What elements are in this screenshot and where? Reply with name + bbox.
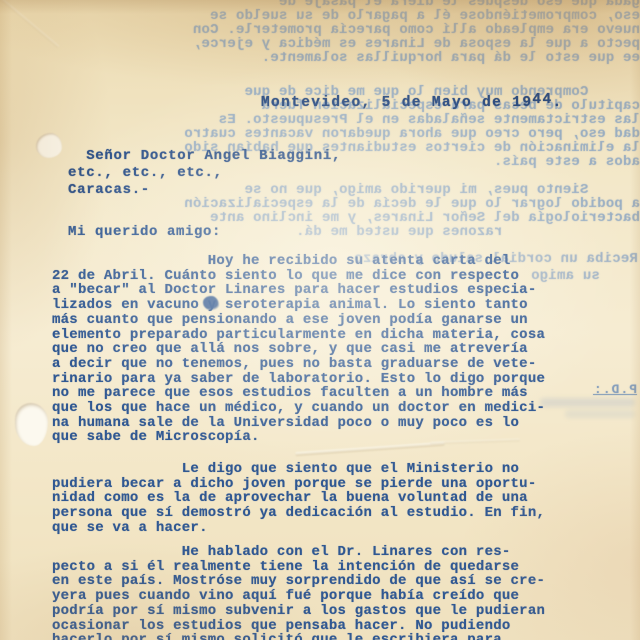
text-line: a decir que no tenemos, pues no basta gr… bbox=[52, 357, 545, 372]
paragraph-2: Le digo que siento que el Ministerio nop… bbox=[52, 462, 545, 536]
paragraph-3: He hablado con el Dr. Linares con res-pe… bbox=[52, 545, 545, 640]
text-line: elemento preparado particularmente en di… bbox=[52, 328, 545, 343]
text-line: dad eso, pero creo que ahora quedaron va… bbox=[0, 127, 640, 141]
text-line: ee que esto le dá para horquillas solame… bbox=[0, 51, 640, 65]
text-line: las estrictamente señaladas en el Presup… bbox=[0, 113, 640, 127]
text-line: que se va a hacer. bbox=[52, 521, 545, 536]
text-line: nidad como es la de aprovechar la buena … bbox=[52, 491, 545, 506]
text-line: etc., etc., etc., bbox=[68, 165, 341, 182]
text-line: persona que sí demostró ya dedicación al… bbox=[52, 506, 545, 521]
text-line: yera pues cuando vino aquí fué porque ha… bbox=[52, 589, 545, 604]
dateline-period: . bbox=[553, 95, 563, 111]
text-line: pecto a que la esposa de Linares es médi… bbox=[0, 37, 640, 51]
text-line: que los que hace un médico, y cuando un … bbox=[52, 401, 545, 416]
text-line: eso, comprometiéndose él a pagarlo de su… bbox=[0, 9, 640, 23]
text-line: Señor Doctor Angel Biaggini, bbox=[68, 148, 341, 165]
dateline-text: Montevideo, 5 de Mayo de 19 bbox=[261, 95, 532, 111]
text-line: que no creo que allá nos sobre, y que ca… bbox=[52, 342, 545, 357]
text-line: más cuanto que pensionando a ese joven p… bbox=[52, 313, 545, 328]
punch-hole-top bbox=[36, 133, 62, 158]
text-line: hacerlo por sí mismo solicitó que le esc… bbox=[52, 633, 545, 640]
text-line: Hoy he recibido su atenta carta del bbox=[52, 254, 545, 269]
bleedthrough-postscript-label: P.D.: bbox=[593, 383, 637, 397]
text-line: He hablado con el Dr. Linares con res- bbox=[52, 545, 545, 560]
text-line: lizados en vacuno y seroterapia animal. … bbox=[52, 298, 545, 313]
punch-hole-bottom bbox=[15, 403, 48, 446]
text-line: Caracas.- bbox=[68, 182, 341, 199]
bleedthrough-smudge bbox=[540, 398, 635, 407]
text-line: bacteriología del Señor Linares, y me in… bbox=[0, 211, 640, 225]
text-line: nuevo era empleado allí como parecía pro… bbox=[0, 23, 640, 37]
text-line: en este país. Mostróse muy sorprendido d… bbox=[52, 574, 545, 589]
text-line: a podido lograr lo que le decía de la es… bbox=[0, 197, 640, 211]
text-line: no me parece que esos estudios faculten … bbox=[52, 386, 545, 401]
recipient-address-block: Señor Doctor Angel Biaggini,etc., etc., … bbox=[68, 148, 341, 198]
salutation: Mi querido amigo: bbox=[68, 225, 221, 240]
text-line: podría por sí mismo subvenir a los gasto… bbox=[52, 604, 545, 619]
text-line: ocasionar los estudios que pensaba hacer… bbox=[52, 619, 545, 634]
paragraph-1: Hoy he recibido su atenta carta del22 de… bbox=[52, 254, 545, 445]
text-line: Le digo que siento que el Ministerio no bbox=[52, 462, 545, 477]
dateline: Montevideo, 5 de Mayo de 1944. bbox=[261, 96, 563, 111]
text-line: a "becar" al Doctor Linares para hacer e… bbox=[52, 283, 545, 298]
bleedthrough-smudge bbox=[565, 410, 635, 418]
dateline-superscript-year: 44 bbox=[532, 92, 552, 108]
scanned-letter-page: gada que eso después le diera el pasaje … bbox=[0, 0, 640, 640]
overstrike-ink-blob bbox=[203, 296, 218, 309]
bleedthrough-text-top: gada que eso después le diera el pasaje … bbox=[0, 0, 640, 65]
